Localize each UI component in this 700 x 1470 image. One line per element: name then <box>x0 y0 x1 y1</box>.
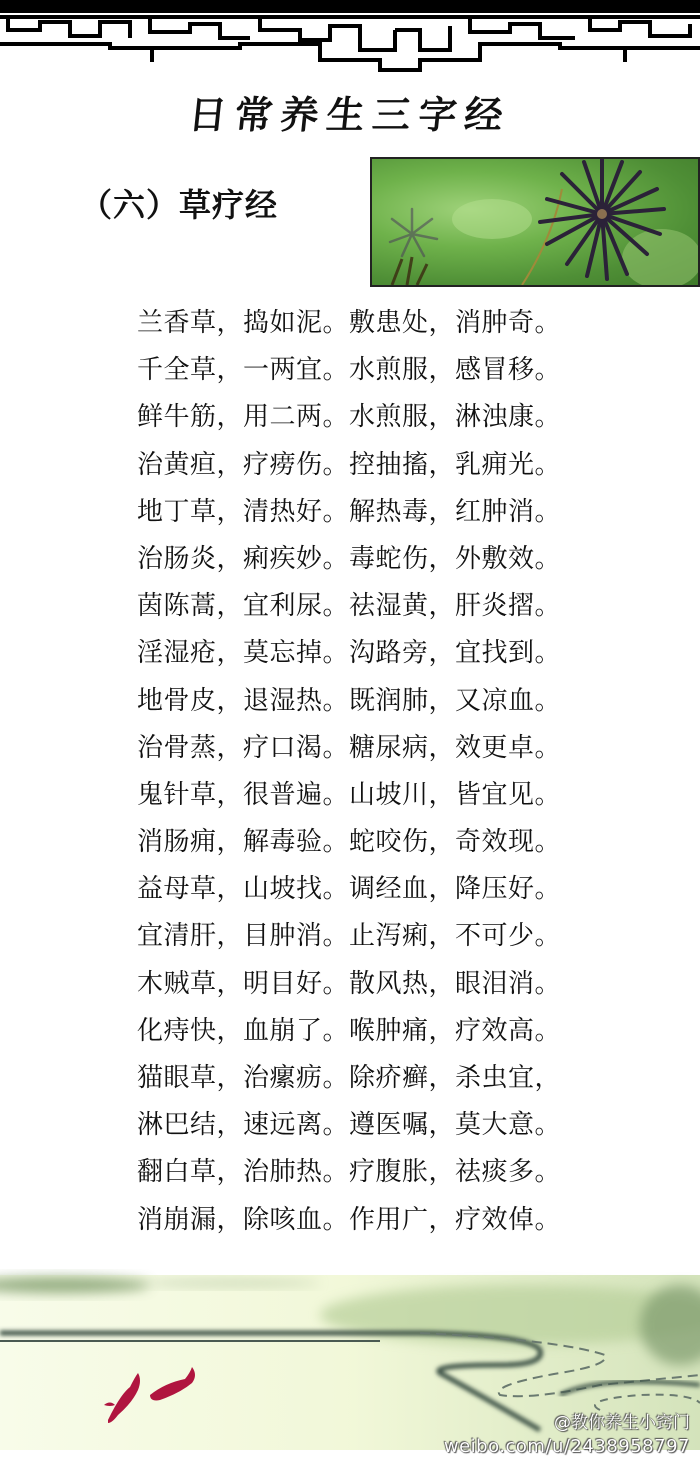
watermark-handle: @教你养生小窍门 <box>444 1411 690 1435</box>
verse-line: 地丁草，清热好。解热毒，红肿消。 <box>137 489 607 536</box>
verse-line: 消肠痈，解毒验。蛇咬伤，奇效现。 <box>137 819 607 866</box>
watermark-url: weibo.com/u/2438958797 <box>444 1435 690 1459</box>
main-title: 日常养生三字经 <box>0 84 700 139</box>
verse-line: 治骨蒸，疗口渴。糖尿病，效更卓。 <box>137 725 607 772</box>
verse-line: 茵陈蒿，宜利尿。祛湿黄，肝炎摺。 <box>137 583 607 630</box>
lattice-border-decoration <box>0 0 700 75</box>
verse-line: 化痔快，血崩了。喉肿痛，疗效高。 <box>137 1008 607 1055</box>
verse-line: 兰香草，捣如泥。敷患处，消肿奇。 <box>137 300 607 347</box>
verse-line: 鬼针草，很普遍。山坡川，皆宜见。 <box>137 772 607 819</box>
herb-photo <box>370 157 700 287</box>
verse-line: 益母草，山坡找。调经血，降压好。 <box>137 866 607 913</box>
section-title: （六）草疗经 <box>80 180 278 226</box>
verse-line: 淋巴结，速远离。遵医嘱，莫大意。 <box>137 1102 607 1149</box>
verse-line: 千全草，一两宜。水煎服，感冒移。 <box>137 347 607 394</box>
verse-line: 翻白草，治肺热。疗腹胀，祛痰多。 <box>137 1149 607 1196</box>
verse-line: 猫眼草，治瘰疬。除疥癣，杀虫宜， <box>137 1055 607 1102</box>
verse-line: 治黄疸，疗痨伤。控抽搐，乳痈光。 <box>137 442 607 489</box>
spiky-seedhead-icon <box>372 159 698 285</box>
lattice-pattern-icon <box>0 0 700 75</box>
verse-line: 木贼草，明目好。散风热，眼泪消。 <box>137 961 607 1008</box>
verse-text: 兰香草，捣如泥。敷患处，消肿奇。 千全草，一两宜。水煎服，感冒移。 鲜牛筋，用二… <box>137 300 607 1244</box>
verse-line: 地骨皮，退湿热。既润肺，又凉血。 <box>137 678 607 725</box>
verse-line: 消崩漏，除咳血。作用广，疗效倬。 <box>137 1197 607 1244</box>
verse-line: 治肠炎，痢疾妙。毒蛇伤，外敷效。 <box>137 536 607 583</box>
verse-line: 鲜牛筋，用二两。水煎服，淋浊康。 <box>137 394 607 441</box>
verse-line: 宜清肝，目肿消。止泻痢，不可少。 <box>137 913 607 960</box>
verse-line: 淫湿疮，莫忘掉。沟路旁，宜找到。 <box>137 630 607 677</box>
weibo-watermark: @教你养生小窍门 weibo.com/u/2438958797 <box>444 1411 690 1459</box>
